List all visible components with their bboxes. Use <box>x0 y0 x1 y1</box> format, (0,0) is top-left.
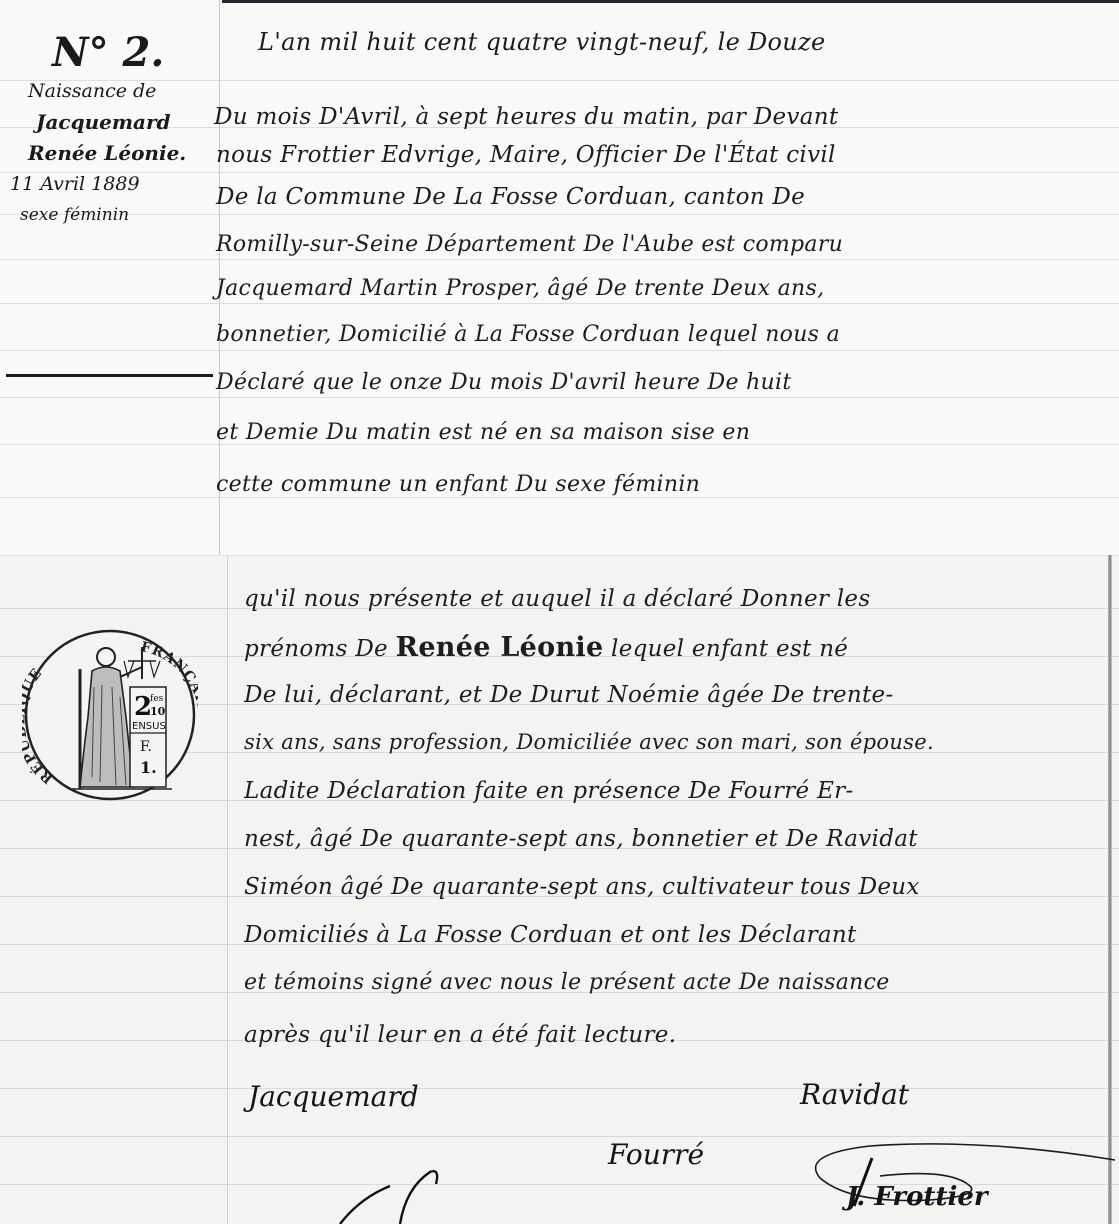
ruled-line <box>0 397 1119 398</box>
ruled-line <box>0 259 1119 260</box>
text-fragment: lequel enfant est né <box>603 636 848 662</box>
margin-underline <box>6 374 213 377</box>
text-line: nous Frottier Edvrige, Maire, Officier D… <box>216 142 836 168</box>
text-line: nest, âgé De quarante-sept ans, bonnetie… <box>244 826 918 852</box>
text-line: Du mois D'Avril, à sept heures du matin,… <box>214 104 838 130</box>
top-rule <box>222 0 1119 3</box>
signature-witness-fourre: Fourré <box>608 1138 704 1171</box>
ruled-line <box>0 303 1119 304</box>
text-line: Ladite Déclaration faite en présence De … <box>244 778 854 804</box>
child-given-names: Renée Léonie <box>396 632 604 663</box>
text-line: Jacquemard Martin Prosper, âgé De trente… <box>216 276 824 301</box>
text-line: Domiciliés à La Fosse Corduan et ont les… <box>244 922 857 948</box>
text-line: bonnetier, Domicilié à La Fosse Corduan … <box>216 322 840 347</box>
stamp-value-fraction-top: fes <box>150 694 164 704</box>
text-line: qu'il nous présente et auquel il a décla… <box>244 586 870 612</box>
margin-line-surname: Jacquemard <box>36 107 217 138</box>
text-line: cette commune un enfant Du sexe féminin <box>216 472 700 497</box>
ruled-line <box>0 497 1119 498</box>
margin-line <box>227 555 228 1224</box>
text-line-names: prénoms De Renée Léonie lequel enfant es… <box>244 632 848 663</box>
scanned-register-page: N° 2. Naissance de Jacquemard Renée Léon… <box>0 0 1119 1224</box>
signature-stroke-fragment-icon <box>330 1168 470 1224</box>
text-line: Romilly-sur-Seine Département De l'Aube … <box>216 232 843 257</box>
entry-number: N° 2. <box>52 30 217 76</box>
tax-stamp-seal-icon: RÉPUBLIQUE FRANÇAISE 2 fes 10 ENSUS F. 1… <box>22 627 198 803</box>
text-line: et Demie Du matin est né en sa maison si… <box>216 420 750 445</box>
text-line: et témoins signé avec nous le présent ac… <box>244 970 890 995</box>
text-line: Siméon âgé De quarante-sept ans, cultiva… <box>244 874 920 900</box>
margin-line-date: 11 Avril 1889 <box>10 169 217 200</box>
margin-line-naissance: Naissance de <box>28 76 217 107</box>
text-line: après qu'il leur en a été fait lecture. <box>244 1022 676 1048</box>
stamp-letter: F. <box>140 739 152 755</box>
text-line: De lui, déclarant, et De Durut Noémie âg… <box>244 682 894 708</box>
ruled-line <box>0 350 1119 351</box>
margin-line-sex: sexe féminin <box>20 200 217 231</box>
signature-mayor: J. Frottier <box>846 1182 988 1212</box>
stamp-label: ENSUS <box>132 721 166 732</box>
text-line: Déclaré que le onze Du mois D'avril heur… <box>216 370 792 395</box>
text-line: six ans, sans profession, Domiciliée ave… <box>244 730 934 754</box>
signature-father: Jacquemard <box>248 1080 419 1113</box>
text-line: De la Commune De La Fosse Corduan, canto… <box>216 184 805 210</box>
margin-annotation: N° 2. Naissance de Jacquemard Renée Léon… <box>22 30 217 231</box>
stamp-value-fraction-bottom: 10 <box>150 705 166 718</box>
text-fragment: prénoms De <box>244 636 396 662</box>
page-binding-edge <box>1108 555 1112 1224</box>
ruled-line <box>0 1088 1119 1089</box>
signature-witness-ravidat: Ravidat <box>800 1078 909 1111</box>
stamp-digit: 1. <box>140 758 157 777</box>
text-line: L'an mil huit cent quatre vingt-neuf, le… <box>258 28 826 56</box>
margin-line-given-names: Renée Léonie. <box>28 138 217 169</box>
